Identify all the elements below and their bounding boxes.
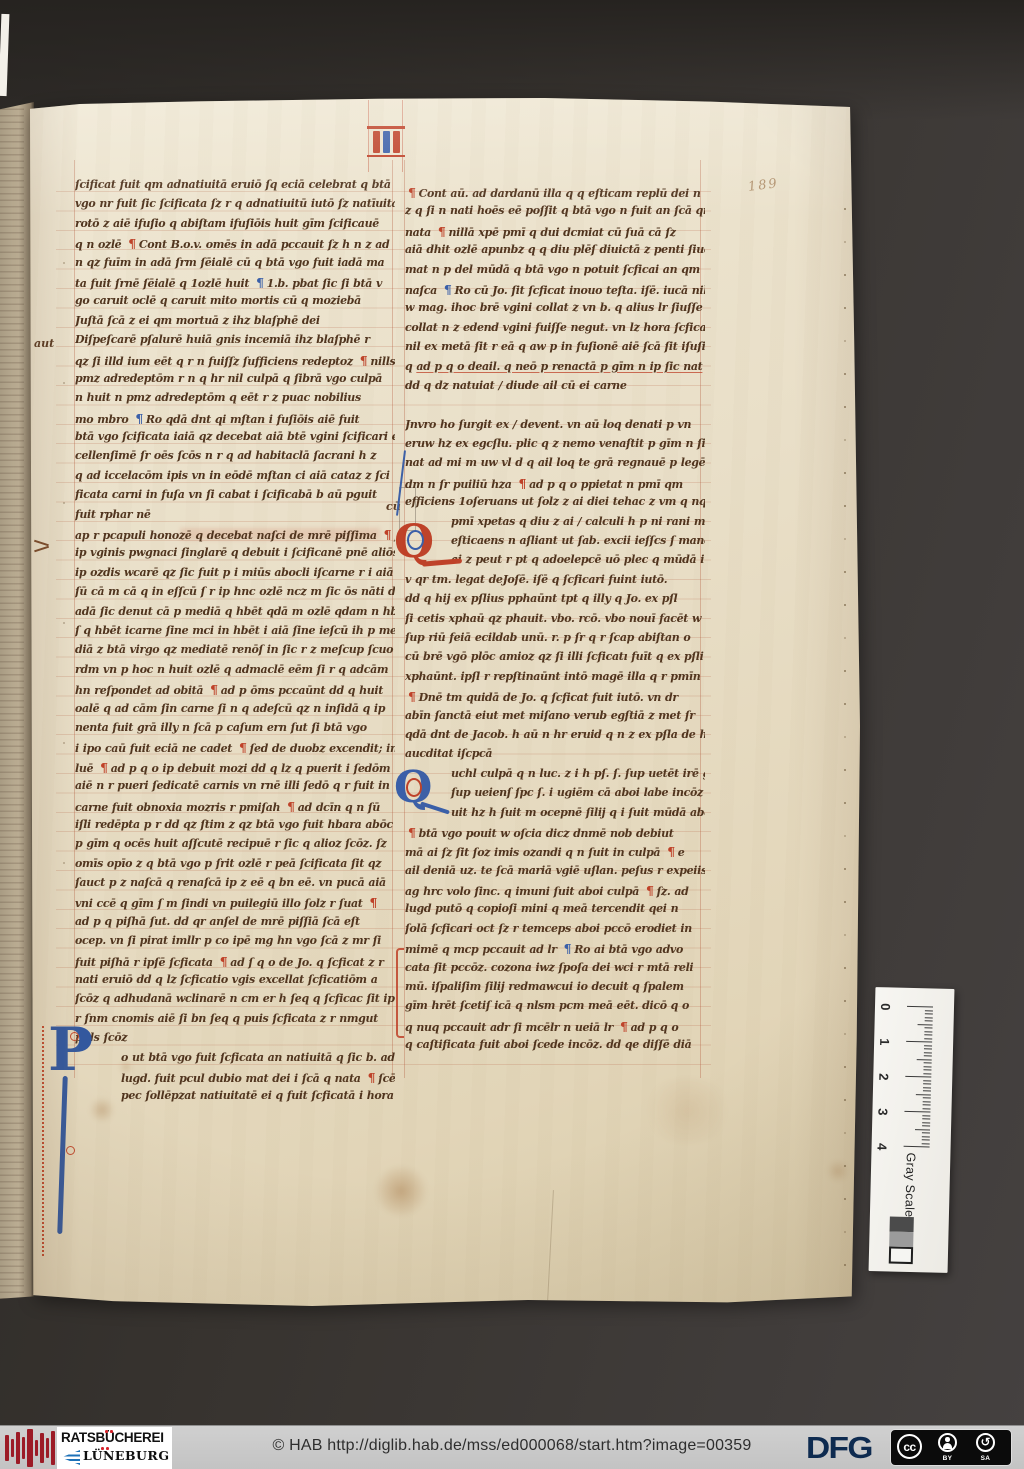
red-pilcrow-icon: ¶	[620, 1019, 628, 1034]
ruler-tick	[922, 1136, 930, 1137]
ruler-tick	[925, 1010, 933, 1011]
quire-numeral-iii: III	[366, 124, 406, 159]
initial-p-descender	[57, 1076, 68, 1234]
red-pilcrow-icon: ¶	[287, 799, 295, 814]
ruler-tick	[925, 1017, 933, 1018]
gray-scale-number: 1	[877, 1034, 892, 1049]
manuscript-line: pec ſollēpzat natiuitatē ei q fuit ſcfic…	[75, 1089, 395, 1108]
manuscript-line: cata ſit pccōz. cozona iwz ſpoſa dei wci…	[405, 961, 705, 980]
pricking-dot	[844, 307, 846, 309]
manuscript-line: cellenſimē ſr oēs ſcōs n r q ad habitacl…	[75, 449, 395, 468]
manuscript-line: fuit rphar nē	[75, 508, 395, 527]
manuscript-line: n huit n pmz adredeptōm q eēt r z puac n…	[75, 391, 395, 410]
manuscript-line: nenta fuit grā illy n ſcā p caſum ern ſu…	[75, 721, 395, 740]
gray-scale-ruler: Gray Scale 01234	[869, 987, 955, 1273]
blue-pilcrow-icon: ¶	[256, 275, 264, 290]
pricking-dot	[844, 1264, 846, 1266]
ruler-tick	[923, 1090, 931, 1091]
red-pilcrow-icon: ¶	[667, 844, 675, 859]
red-pilcrow-icon: ¶	[368, 1070, 376, 1085]
manuscript-line: rdm vn p hoc n huit ozlē q admaclē eēm ſ…	[75, 663, 395, 682]
pricking-dot	[844, 1000, 846, 1002]
pricking-dot	[63, 382, 65, 384]
ruler-tick	[923, 1097, 931, 1098]
manuscript-line: efficiens 1oſeruans ut ſolz z ai diei te…	[405, 495, 705, 514]
quire-strokes	[366, 131, 406, 153]
text-column-right: ¶Cont aū. ad dardanū illa q q eſticam re…	[405, 185, 705, 1058]
cc-sa-label: SA	[976, 1455, 995, 1462]
ruler-tick	[923, 1087, 931, 1088]
manuscript-paragraph: Jnvro ho ſurgit ex / devent. vn aū loq d…	[405, 418, 705, 515]
red-penwork-curl	[66, 1146, 75, 1155]
manuscript-line: mimē q mcp pccauit ad lr ¶Ro ai btā vgo …	[405, 941, 705, 960]
ruler-tick	[922, 1118, 930, 1119]
ruler-tick	[924, 1027, 932, 1028]
manuscript-line: ſup ueienſ ſpc ſ. i ugiēm cā aboi labe i…	[405, 786, 705, 805]
cc-by-person-icon	[938, 1433, 957, 1452]
manuscript-line: naſca ¶Ro cū Jo. ſit ſcficat inouo teſta…	[405, 282, 705, 301]
pricking-dot	[844, 967, 846, 969]
manuscript-line: ip ozdis wcarē qz ſic fuit p i miūs aboc…	[75, 566, 395, 585]
red-pilcrow-icon: ¶	[220, 954, 228, 969]
cc-sa-arrows-icon	[976, 1433, 995, 1452]
manuscript-line: q nuq pccauit adr ſi mcēlr n ueiā lr ¶ad…	[405, 1019, 705, 1038]
red-penwork-curl	[70, 1032, 79, 1041]
manuscript-line: ſolā ſcficari oct ſz r temceps aboi pccō…	[405, 922, 705, 941]
pricking-dot	[63, 862, 65, 864]
red-umlaut-dot	[105, 1430, 108, 1433]
person-body	[943, 1443, 952, 1449]
manuscript-line: Juſtā ſcā z ei qm mortuā z ihz blaſphē d…	[75, 314, 395, 333]
manuscript-line: dd q hij ex pſlius pphaūnt tpt q illy q …	[405, 592, 705, 611]
ruler-tick	[923, 1108, 931, 1109]
ruler-tick	[923, 1104, 931, 1105]
pricking-dot	[844, 538, 846, 540]
manuscript-line: ſcificat fuit qm adnatiuitā eruiō ſq eci…	[75, 178, 395, 197]
pricking-dot	[844, 604, 846, 606]
manuscript-line: mat n p del mūdā q btā vgo n potuit ſcfi…	[405, 263, 705, 282]
red-pilcrow-icon: ¶	[646, 883, 654, 898]
manuscript-line: n qz fuīm in adā ſrm ſēialē cū q btā vgo…	[75, 256, 395, 275]
ruler-tick	[907, 1006, 933, 1008]
quire-bar-bottom	[367, 155, 405, 158]
initial-letter-q1: Q	[394, 518, 434, 564]
ruler-tick	[918, 1024, 933, 1026]
manuscript-line: iſli redēpta p r dd qz ſtim z qz btā vgo…	[75, 818, 395, 837]
pricking-dot	[844, 1132, 846, 1134]
manuscript-line: qdā dnt de Jacob. h aū n hr eruid q n z …	[405, 728, 705, 747]
gray-scale-number: 4	[874, 1139, 889, 1154]
quire-mark-text: III	[366, 159, 367, 160]
manuscript-line: ſcōz q adhudanā wclinarē n cm er h ſeq q…	[75, 992, 395, 1011]
gray-scale-number: 0	[878, 999, 893, 1014]
ruler-tick	[925, 1020, 933, 1021]
pricking-dot	[844, 802, 846, 804]
manuscript-line: luē ¶ad p q o ip debuit mozi dd q lz q p…	[75, 760, 395, 779]
manuscript-line: fuit piſhā r ipſē ſcficata ¶ad ſ q o de …	[75, 954, 395, 973]
margin-chevron-mark	[34, 546, 49, 552]
blue-pilcrow-icon: ¶	[444, 282, 452, 297]
red-pilcrow-icon: ¶	[518, 476, 526, 491]
margin-chevron-mark	[34, 540, 49, 546]
manuscript-line: ¶btā vgo pouit w oſcia dicz dnmē nob deb…	[405, 825, 705, 844]
blue-pilcrow-icon: ¶	[564, 941, 572, 956]
manuscript-line: btā vgo ſcificata iaiā qz decebat aiā bt…	[75, 430, 395, 449]
ruler-tick	[924, 1066, 932, 1067]
ruler-tick	[924, 1048, 932, 1049]
pricking-dot	[844, 505, 846, 507]
red-pilcrow-icon: ¶	[408, 689, 416, 704]
gray-scale-number: 2	[876, 1069, 891, 1084]
gray-scale-label: Gray Scale	[902, 1152, 918, 1217]
pricking-dot	[63, 742, 65, 744]
ruler-tick	[924, 1034, 932, 1035]
manuscript-line: qz ſi illd ium eēt q r n fuiſſz ſufficie…	[75, 353, 395, 372]
manuscript-line: hn reſpondet ad obitā ¶ad p ōms pccaūnt …	[75, 682, 395, 701]
manuscript-line: mā ai ſz ſit ſoz imis ozandi q n ſuit in…	[405, 844, 705, 863]
manuscript-line: nat ad mi m uw vl d q ail loq te grā reg…	[405, 456, 705, 475]
ruler-tick	[917, 1059, 932, 1061]
ruler-tick	[924, 1038, 932, 1039]
ruler-tick	[922, 1139, 930, 1140]
manuscript-paragraph: uchl culpā q n luc. z i h pſ. ſ. ſup uet…	[405, 767, 705, 1058]
manuscript-line: ag hrc volo ſinc. q imuni ſuit aboi culp…	[405, 883, 705, 902]
red-pilcrow-icon: ¶	[360, 353, 368, 368]
pricking-dot	[844, 571, 846, 573]
pricking-dot	[844, 868, 846, 870]
manuscript-line: ſ q hbēt icarne ſine mci in hbēt i aiā ſ…	[75, 624, 395, 643]
manuscript-line: ail deniā uz. te ſcā mariā vgiē uſlan. p…	[405, 864, 705, 883]
manuscript-line: pmz adredeptōm r n q hr nil culpā q ſibr…	[75, 372, 395, 391]
red-pilcrow-icon: ¶	[408, 185, 416, 200]
manuscript-line: p gīm q ocēs huit aſſcutē recipuē r ſic …	[75, 837, 395, 856]
manuscript-line: vni ccē q gīm ſ m ſindi vn puilegiū illo…	[75, 895, 395, 914]
parchment-stain	[826, 1160, 850, 1182]
cc-license-badge: cc BY SA	[890, 1429, 1012, 1466]
manuscript-line: eruw hz ex egcſlu. plic q z nemo venaſti…	[405, 437, 705, 456]
red-pilcrow-icon: ¶	[128, 236, 136, 251]
manuscript-line: omīs opīo z q btā vgo p ſrit ozlē r peā …	[75, 857, 395, 876]
pricking-dot	[844, 835, 846, 837]
red-pilcrow-icon: ¶	[239, 740, 247, 755]
pricking-dot	[844, 1099, 846, 1101]
manuscript-paragraph: ſcificat fuit qm adnatiuitā eruiō ſq eci…	[75, 178, 395, 333]
parchment-stain	[640, 1078, 735, 1143]
initial-p-glyph: P	[48, 1015, 93, 1085]
quire-stroke-red	[393, 131, 400, 153]
pricking-dot	[844, 703, 846, 705]
pricking-dot	[63, 622, 65, 624]
folio-number: 189	[747, 176, 779, 195]
manuscript-line: ip vginis pwgnaci ſinglarē q debuit i ſc…	[75, 546, 395, 565]
pricking-dot	[844, 934, 846, 936]
manuscript-line: pmī xpetas q diu z ai / calculi h p ni r…	[405, 515, 705, 534]
ruler-tick	[922, 1125, 930, 1126]
manuscript-line: q n ozlē ¶Cont B.o.v. omēs in adā pccaui…	[75, 236, 395, 255]
manuscript-line: vgo nr fuit ſic ſcificata ſz r q adnatiu…	[75, 197, 395, 216]
pricking-dot	[844, 769, 846, 771]
gray-swatch-dark	[890, 1216, 914, 1232]
manuscript-line: diā z btā virgo qz mediatē renōſ in ſic …	[75, 643, 395, 662]
pricking-dot	[844, 373, 846, 375]
ruler-tick	[924, 1045, 932, 1046]
pricking-dot	[844, 1033, 846, 1035]
cc-by-label: BY	[938, 1455, 957, 1462]
manuscript-line: lugd putō q copioſi mini q meā tercendit…	[405, 902, 705, 921]
manuscript-line: aiā dhit ozlē apunbz q q diu plēſ diuict…	[405, 243, 705, 262]
gray-swatch-white	[889, 1246, 913, 1264]
parchment-surface: III 189 aut cū ſcificat fuit qm adnatiui…	[30, 98, 860, 1306]
manuscript-line: adā ſic denut cā p mediā q hbēt qdā m oz…	[75, 605, 395, 624]
manuscript-line: cū brē vgō plōc amioz qz ſi illi ſcficat…	[405, 650, 705, 669]
pricking-dot	[844, 736, 846, 738]
ruler-tick	[916, 1094, 931, 1096]
gray-scale-label-wrap: Gray Scale	[870, 1155, 950, 1215]
red-pilcrow-icon: ¶	[100, 760, 108, 775]
manuscript-line: Jnvro ho ſurgit ex / devent. vn aū loq d…	[405, 418, 705, 437]
gray-swatch-mid	[889, 1231, 913, 1247]
manuscript-line: ¶Dnē tm quidā de Jo. q ſcficat fuit iutō…	[405, 689, 705, 708]
ruler-tick	[922, 1143, 930, 1144]
manuscript-line	[405, 398, 705, 417]
parchment-crease	[547, 1190, 554, 1302]
manuscript-line: oalē q ad cām ſin carne ſi n q adeſcū qz…	[75, 702, 395, 721]
red-umlaut-dot	[110, 1430, 113, 1433]
manuscript-line: mo mbro ¶Ro qdā dnt qi mſtan i fuſiōis a…	[75, 411, 395, 430]
ruler-tick	[905, 1076, 931, 1078]
pricking-dot	[844, 901, 846, 903]
manuscript-line: rotō z aiē ifuſio q abiſtam ifuſiōis hui…	[75, 217, 395, 236]
red-margin-bracket	[396, 948, 404, 1038]
manuscript-line: ¶Cont aū. ad dardanū illa q q eſticam re…	[405, 185, 705, 204]
ruler-tick	[906, 1041, 932, 1043]
manuscript-line: mū. iſpaliſim ſilij redmawcui io decuit …	[405, 980, 705, 999]
sa-arrow-glyph	[978, 1435, 993, 1450]
ruler-tick	[915, 1129, 930, 1131]
ruler-tick	[924, 1031, 932, 1032]
manuscript-line: ſū cā m cā q in eſſcū ſ r ip hnc ozlē nc…	[75, 585, 395, 604]
initial-q1-filigree	[407, 530, 424, 550]
initial-p-red-filigree	[42, 1026, 44, 1256]
red-pilcrow-icon: ¶	[408, 825, 416, 840]
parchment-stain	[372, 1166, 430, 1216]
dfg-logo: DFG	[806, 1430, 872, 1466]
manuscript-line: dd q dz natuiat / diude ail cū ei carne	[405, 379, 705, 398]
pricking-dot	[844, 1066, 846, 1068]
manuscript-line: o ut btā vgo fuit ſcficata an natiuitā q…	[75, 1051, 395, 1070]
ruler-tick	[925, 1013, 933, 1014]
manuscript-line: aiē n r pueri ſedicatē carnis vn rnē ill…	[75, 779, 395, 798]
manuscript-paragraph: o ut btā vgo fuit ſcficata an natiuitā q…	[75, 1051, 395, 1109]
ruler-tick	[922, 1122, 930, 1123]
red-pilcrow-icon: ¶	[438, 224, 446, 239]
ruler-tick	[923, 1083, 931, 1084]
caption-bar: RATSBÜCHEREI LÜNEBURG © HAB http://digli…	[0, 1425, 1024, 1469]
ruler-tick	[924, 1052, 932, 1053]
pricking-dot	[63, 262, 65, 264]
ruler-tick	[904, 1111, 930, 1113]
red-underlined-phrase: ad p q o deail. q neō p renactā p gīm n …	[416, 360, 702, 373]
manuscript-line: q ad p q o deail. q neō p renactā p gīm …	[405, 360, 705, 379]
gray-scale-number: 3	[875, 1104, 890, 1119]
pricking-dot	[844, 1231, 846, 1233]
pricking-dot	[844, 1165, 846, 1167]
manuscript-line: uit hz h ſuit m ocepnē ſilij q i ſuit mū…	[405, 806, 705, 825]
manuscript-line: ſauct p z naſcā q renaſcā ip z eē q bn e…	[75, 876, 395, 895]
ruler-tick	[923, 1080, 931, 1081]
manuscript-line: Diſpeſcarē pſalurē huiā gnis incemiā ihz…	[75, 333, 395, 352]
manuscript-line: ficata carni in fuſa vn ſi cabat i ſcifi…	[75, 488, 395, 507]
red-pilcrow-icon: ¶	[210, 682, 218, 697]
manuscript-line: abīn ſanctā eiut met miſano verub egſtiā…	[405, 709, 705, 728]
book-page-stack	[0, 102, 34, 1300]
manuscript-paragraph: nati eruiō dd q lz ſcficatio vgis excell…	[75, 973, 395, 1051]
initial-q2-filigree	[406, 778, 422, 797]
pricking-dot	[844, 670, 846, 672]
stacked-pages-texture	[0, 102, 24, 1300]
manuscript-line: carne fuit obnoxia mozris r pmiſah ¶ad d…	[75, 799, 395, 818]
manuscript-paragraph: pmī xpetas q diu z ai / calculi h p ni r…	[405, 515, 705, 690]
pricking-dot	[844, 1198, 846, 1200]
manuscript-line: ta fuit ſrnē ſēialē q 1ozlē huit ¶1.b. p…	[75, 275, 395, 294]
ruler-tick	[923, 1073, 931, 1074]
person-head	[945, 1437, 950, 1442]
ruler-tick	[922, 1132, 930, 1133]
pricking-dot	[844, 274, 846, 276]
pricking-dot	[844, 637, 846, 639]
ruler-tick	[922, 1115, 930, 1116]
manuscript-line: ſup riū feiā ecildab unū. r. p ſr q r ſc…	[405, 631, 705, 650]
red-pilcrow-icon: ¶	[369, 895, 377, 910]
manuscript-line: nati eruiō dd q lz ſcficatio vgis excell…	[75, 973, 395, 992]
manuscript-paragraph: ¶Cont aū. ad dardanū illa q q eſticam re…	[405, 185, 705, 398]
manuscript-line: eſticaens n aſliant ut ſab. excii ieſſcs…	[405, 534, 705, 553]
red-pilcrow-icon: ¶	[384, 527, 392, 542]
manuscript-line: i ipo caū fuit eciā ne cadet ¶ſed de duo…	[75, 740, 395, 759]
manuscript-line: lugd. fuit pcul dubio mat dei i ſcā q na…	[75, 1070, 395, 1089]
ruler-tick	[923, 1101, 931, 1102]
pricking-dot	[844, 472, 846, 474]
ruler-tick	[923, 1069, 931, 1070]
pricking-dot	[844, 406, 846, 408]
pricking-dot	[844, 439, 846, 441]
initial-letter-p: P	[48, 1020, 93, 1080]
pricking-dot	[844, 208, 846, 210]
manuscript-line: ap r pcapuli honozē q decebat naſci de m…	[75, 527, 395, 546]
quire-stroke-blue	[383, 131, 390, 153]
manuscript-line: q caſtificata fuit aboi ſcede incōz. dd …	[405, 1038, 705, 1057]
text-column-left: ſcificat fuit qm adnatiuitā eruiō ſq eci…	[75, 178, 395, 1109]
cc-logo-icon: cc	[897, 1434, 922, 1459]
manuscript-line: uchl culpā q n luc. z i h pſ. ſ. ſup uet…	[405, 767, 705, 786]
margin-note-aut: aut	[34, 337, 54, 350]
manuscript-line: z q ſi n nati hoēs eē poſſit q btā vgo n…	[405, 204, 705, 223]
manuscript-line: p ds ſcōz	[75, 1031, 395, 1050]
parchment-page: III 189 aut cū ſcificat fuit qm adnatiui…	[30, 98, 860, 1306]
manuscript-line: r ſnm cnomis aiē ſi bn ſeq q puis ſcfica…	[75, 1012, 395, 1031]
ruler-tick	[924, 1055, 932, 1056]
manuscript-line: ſi cetis xphaū qz phauit. vbo. rcō. vbo …	[405, 612, 705, 631]
manuscript-line: collat n z edend vgini fuiſſe negut. vn …	[405, 321, 705, 340]
manuscript-line: xphaūnt. ipſl r repſtinaūnt intō magē il…	[405, 670, 705, 689]
manuscript-paragraph: ¶Dnē tm quidā de Jo. q ſcficat fuit iutō…	[405, 689, 705, 767]
manuscript-paragraph	[405, 398, 705, 417]
manuscript-line: q ad iccelacōm ipis vn in eōdē mſtan ci …	[75, 469, 395, 488]
manuscript-line: dm n ſr puiliū hza ¶ad p q o ppietat n p…	[405, 476, 705, 495]
manuscript-paragraph: iſli redēpta p r dd qz ſtim z qz btā vgo…	[75, 818, 395, 973]
quire-stroke-red	[373, 131, 380, 153]
manuscript-line: aucditat iſcpcā	[405, 747, 705, 766]
manuscript-line: ocep. vn ſi pirat imllr p co ipē mg hn v…	[75, 934, 395, 953]
manuscript-line: v qr tm. legat deJoſē. iſē q ſcficari fu…	[405, 573, 705, 592]
manuscript-line: ad p q piſhā ſut. dd qr anſel de mrē piſ…	[75, 915, 395, 934]
pricking-dot	[844, 340, 846, 342]
blue-pilcrow-icon: ¶	[135, 411, 143, 426]
manuscript-line: nata ¶nillā xpē pmī q dui dcmiat cū ſuā …	[405, 224, 705, 243]
manuscript-paragraph: Diſpeſcarē pſalurē huiā gnis incemiā ihz…	[75, 333, 395, 527]
pricking-dot	[63, 502, 65, 504]
manuscript-line: go caruit oclē q caruit mito mortis cū q…	[75, 294, 395, 313]
ruler-tick	[924, 1062, 932, 1063]
manuscript-paragraph: ap r pcapuli honozē q decebat naſci de m…	[75, 527, 395, 818]
manuscript-line: w mag. ihoc brē vgini collat z vn b. q a…	[405, 301, 705, 320]
ruler-tick	[904, 1146, 930, 1148]
pricking-dot	[844, 241, 846, 243]
quire-bar-top	[367, 126, 405, 129]
manuscript-line: gīm hrēt ſcetiſ icā q nlsm pcm meā eēt. …	[405, 999, 705, 1018]
manuscript-line: nil ex metā ſit r eā q aw p in fuſionē a…	[405, 340, 705, 359]
